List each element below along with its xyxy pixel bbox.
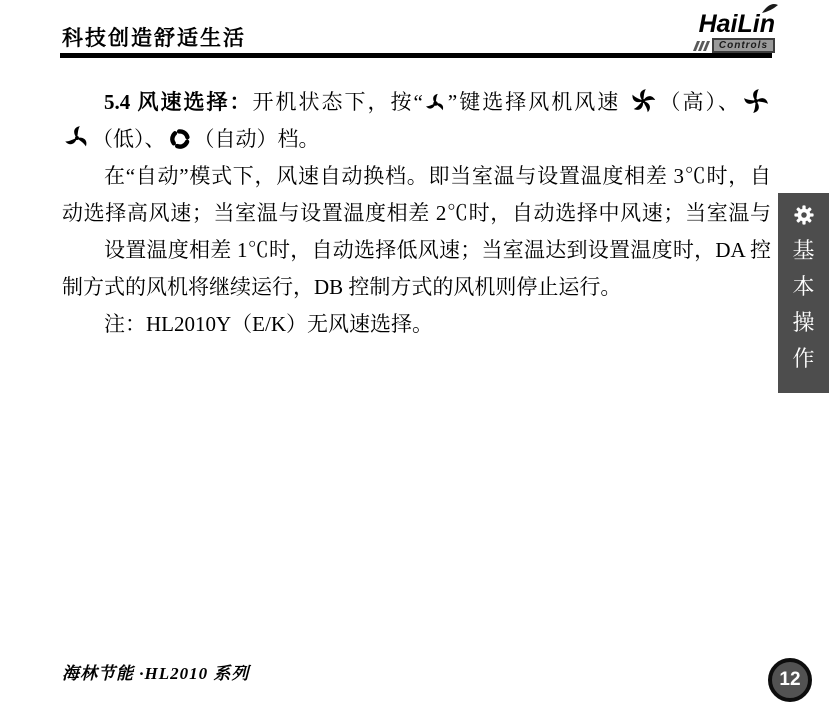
body-line: 制方式的风机将继续运行，DB 控制方式的风机则停止运行。 bbox=[62, 269, 771, 306]
body-text-segment: 设置温度相差 1℃时，自动选择低风速；当室温达到设置温度时，DA 控 bbox=[104, 238, 771, 262]
brand-text: HaiLin bbox=[699, 10, 775, 38]
fan-high-icon bbox=[630, 88, 656, 114]
fan-low-icon bbox=[64, 125, 90, 151]
fan-auto-icon bbox=[168, 127, 192, 151]
header-slogan: 科技创造舒适生活 bbox=[62, 22, 246, 52]
body-text-segment: 制方式的风机将继续运行，DB 控制方式的风机则停止运行。 bbox=[62, 275, 621, 299]
fan-medium-icon bbox=[743, 88, 769, 114]
brand-badge: Controls bbox=[665, 38, 775, 53]
body-bold-text: 5.4 风速选择： bbox=[104, 90, 253, 114]
body-text: 5.4 风速选择：开机状态下，按“”键选择风机风速 （高）、（中）、（低）、（自… bbox=[62, 84, 771, 343]
body-line: 设置温度相差 1℃时，自动选择低风速；当室温达到设置温度时，DA 控 bbox=[62, 232, 771, 269]
body-text-segment: 动选择高风速；当室温与设置温度相差 2℃时，自动选择中风速；当室温与 bbox=[62, 201, 771, 225]
body-line: 在“自动”模式下，风速自动换档。即当室温与设置温度相差 3℃时，自 bbox=[62, 158, 771, 195]
chapter-tab-char: 本 bbox=[792, 276, 814, 298]
brand-logo: HaiLin Controls bbox=[665, 11, 775, 53]
chapter-tab-char: 操 bbox=[792, 312, 814, 334]
brand-sub-label: Controls bbox=[712, 38, 775, 53]
body-line: （低）、（自动）档。 bbox=[62, 121, 771, 158]
leaf-icon bbox=[761, 4, 779, 14]
manual-page: 科技创造舒适生活 HaiLin Controls 5.4 风速选择：开机状态下，… bbox=[0, 0, 835, 709]
body-line: 5.4 风速选择：开机状态下，按“”键选择风机风速 （高）、（中）、 bbox=[62, 84, 771, 121]
body-text-segment: （高）、 bbox=[658, 90, 742, 114]
chapter-tab-basic-operation[interactable]: 基 本 操 作 bbox=[778, 193, 829, 393]
body-text-segment: （低）、 bbox=[92, 127, 166, 151]
body-text-segment: 开机状态下，按“ bbox=[253, 90, 423, 114]
page-number-badge: 12 bbox=[768, 658, 812, 702]
gear-icon bbox=[793, 204, 815, 226]
fan-button-icon bbox=[425, 93, 446, 114]
body-line: 动选择高风速；当室温与设置温度相差 2℃时，自动选择中风速；当室温与 bbox=[62, 195, 771, 232]
footer-series-label: 海林节能 ·HL2010 系列 bbox=[62, 659, 249, 684]
body-text-segment: ”键选择风机风速 bbox=[448, 90, 628, 114]
body-text-segment: 在“自动”模式下，风速自动换档。即当室温与设置温度相差 3℃时，自 bbox=[104, 164, 771, 188]
body-line: 注：HL2010Y（E/K）无风速选择。 bbox=[62, 306, 771, 343]
chapter-tab-char: 基 bbox=[792, 240, 814, 262]
body-text-segment: 注：HL2010Y（E/K）无风速选择。 bbox=[104, 312, 433, 336]
header-divider bbox=[60, 53, 772, 58]
body-text-segment: （自动）档。 bbox=[194, 127, 320, 151]
chapter-tab-char: 作 bbox=[792, 348, 814, 370]
page-number: 12 bbox=[779, 669, 800, 691]
brand-wordmark: HaiLin bbox=[699, 11, 775, 37]
